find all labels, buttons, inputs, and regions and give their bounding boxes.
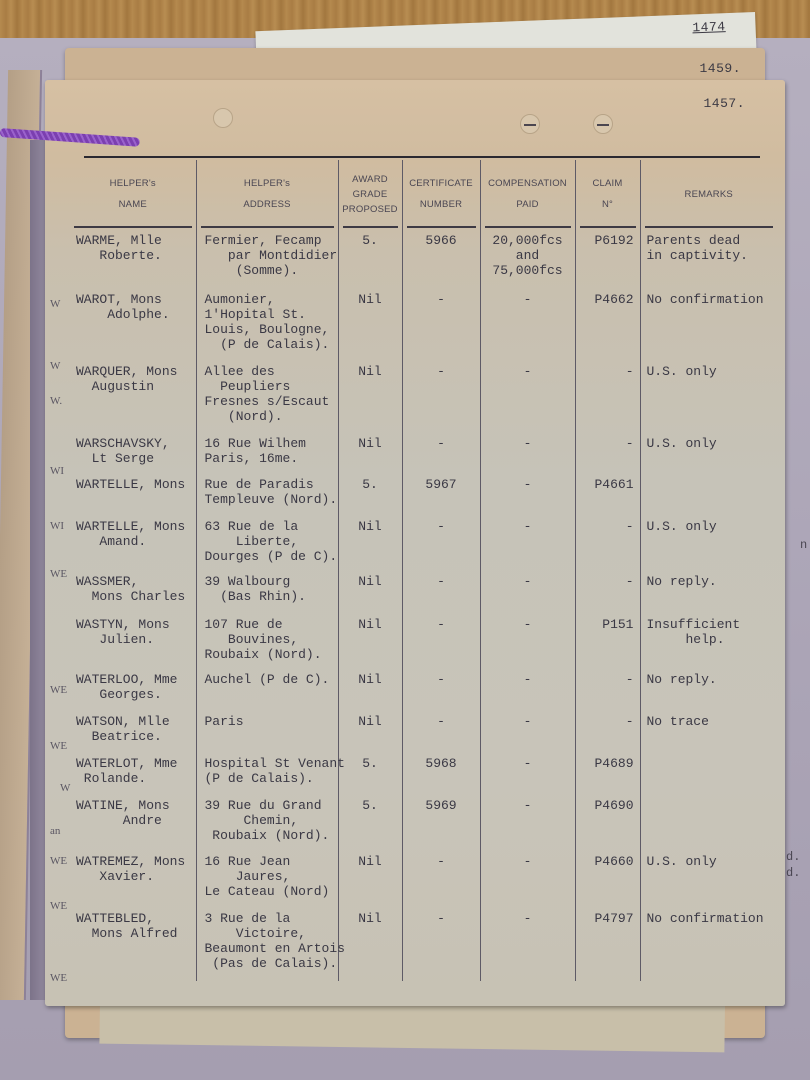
remarks-cell: Parents dead in captivity. [640, 228, 777, 287]
edge-fragment: d. [786, 866, 800, 880]
table-row: WATSON, Mlle Beatrice.ParisNil---No trac… [70, 709, 777, 751]
helper-name-cell: WATREMEZ, Mons Xavier. [70, 849, 196, 906]
certificate-number-cell: - [402, 612, 480, 667]
helper-address-cell: Paris [196, 709, 338, 751]
helper-name-cell: WASSMER, Mons Charles [70, 569, 196, 612]
award-grade-cell: Nil [338, 359, 402, 431]
margin-note: W [50, 298, 60, 310]
claim-number-cell: P4662 [575, 287, 640, 359]
table-row: WARSCHAVSKY, Lt Serge16 Rue Wilhem Paris… [70, 431, 777, 472]
table-row: WATTEBLED, Mons Alfred3 Rue de la Victoi… [70, 906, 777, 981]
helper-address-cell: Fermier, Fecamp par Montdidier (Somme). [196, 228, 338, 287]
table-row: WARME, Mlle Roberte.Fermier, Fecamp par … [70, 228, 777, 287]
claim-number-cell: - [575, 709, 640, 751]
award-grade-cell: 5. [338, 793, 402, 849]
compensation-cell: - [480, 906, 575, 981]
helper-name-cell: WARTELLE, Mons Amand. [70, 514, 196, 569]
margin-note: WI [50, 520, 64, 532]
compensation-cell: - [480, 793, 575, 849]
award-grade-cell: Nil [338, 612, 402, 667]
margin-note: WE [50, 972, 67, 984]
remarks-cell [640, 472, 777, 514]
table-row: WATERLOO, Mme Georges.Auchel (P de C).Ni… [70, 667, 777, 709]
helper-address-cell: Aumonier, 1'Hopital St. Louis, Boulogne,… [196, 287, 338, 359]
certificate-number-cell: 5968 [402, 751, 480, 793]
margin-note: WE [50, 568, 67, 580]
punch-hole [213, 108, 233, 128]
header-helper-address: HELPER'sADDRESS [196, 160, 338, 228]
remarks-cell: U.S. only [640, 849, 777, 906]
certificate-number-cell: - [402, 569, 480, 612]
award-grade-cell: Nil [338, 431, 402, 472]
claim-number-cell: P4661 [575, 472, 640, 514]
compensation-cell: - [480, 287, 575, 359]
award-grade-cell: 5. [338, 751, 402, 793]
remarks-cell: U.S. only [640, 514, 777, 569]
compensation-cell: - [480, 359, 575, 431]
header-award-grade: AWARDGRADEPROPOSED [338, 160, 402, 228]
certificate-number-cell: - [402, 906, 480, 981]
helpers-table: HELPER'sNAME HELPER'sADDRESS AWARDGRADEP… [70, 160, 777, 981]
remarks-cell: U.S. only [640, 359, 777, 431]
certificate-number-cell: - [402, 359, 480, 431]
certificate-number-cell: - [402, 287, 480, 359]
margin-note: WE [50, 740, 67, 752]
page-number-back: 1474 [692, 19, 726, 35]
helper-address-cell: Auchel (P de C). [196, 667, 338, 709]
claim-number-cell: - [575, 359, 640, 431]
helper-name-cell: WATERLOT, Mme Rolande. [70, 751, 196, 793]
header-rule [84, 156, 760, 158]
remarks-cell: No confirmation [640, 287, 777, 359]
table-row: WATERLOT, Mme Rolande.Hospital St Venant… [70, 751, 777, 793]
helper-address-cell: 16 Rue Wilhem Paris, 16me. [196, 431, 338, 472]
award-grade-cell: Nil [338, 667, 402, 709]
compensation-cell: - [480, 709, 575, 751]
remarks-cell: No confirmation [640, 906, 777, 981]
table-row: WASSMER, Mons Charles39 Walbourg (Bas Rh… [70, 569, 777, 612]
margin-note: an [50, 825, 60, 837]
compensation-cell: - [480, 849, 575, 906]
table-row: WARTELLE, MonsRue de Paradis Templeuve (… [70, 472, 777, 514]
margin-note: WE [50, 900, 67, 912]
helper-name-cell: WATERLOO, Mme Georges. [70, 667, 196, 709]
claim-number-cell: - [575, 569, 640, 612]
certificate-number-cell: - [402, 849, 480, 906]
table-row: WARQUER, Mons AugustinAllee des Peuplier… [70, 359, 777, 431]
header-claim-no: CLAIMN° [575, 160, 640, 228]
certificate-number-cell: - [402, 667, 480, 709]
compensation-cell: - [480, 514, 575, 569]
certificate-number-cell: - [402, 431, 480, 472]
compensation-cell: - [480, 667, 575, 709]
helper-name-cell: WARTELLE, Mons [70, 472, 196, 514]
page-number-front: 1457. [703, 96, 745, 111]
award-grade-cell: Nil [338, 569, 402, 612]
claim-number-cell: P4660 [575, 849, 640, 906]
claim-number-cell: - [575, 431, 640, 472]
remarks-cell: No reply. [640, 569, 777, 612]
helper-name-cell: WATSON, Mlle Beatrice. [70, 709, 196, 751]
helper-address-cell: 16 Rue Jean Jaures, Le Cateau (Nord) [196, 849, 338, 906]
helper-address-cell: 63 Rue de la Liberte, Dourges (P de C). [196, 514, 338, 569]
award-grade-cell: 5. [338, 228, 402, 287]
margin-note: WE [50, 855, 67, 867]
award-grade-cell: Nil [338, 849, 402, 906]
table-row: WASTYN, Mons Julien.107 Rue de Bouvines,… [70, 612, 777, 667]
helper-address-cell: 39 Rue du Grand Chemin, Roubaix (Nord). [196, 793, 338, 849]
remarks-cell [640, 793, 777, 849]
compensation-cell: - [480, 751, 575, 793]
certificate-number-cell: - [402, 709, 480, 751]
header-remarks: REMARKS [640, 160, 777, 228]
compensation-cell: - [480, 472, 575, 514]
punch-hole [593, 114, 613, 134]
compensation-cell: 20,000fcs and 75,000fcs [480, 228, 575, 287]
compensation-cell: - [480, 431, 575, 472]
margin-note: WE [50, 684, 67, 696]
award-grade-cell: Nil [338, 709, 402, 751]
helper-address-cell: Allee des Peupliers Fresnes s/Escaut (No… [196, 359, 338, 431]
helper-name-cell: WATTEBLED, Mons Alfred [70, 906, 196, 981]
helper-address-cell: Rue de Paradis Templeuve (Nord). [196, 472, 338, 514]
certificate-number-cell: 5967 [402, 472, 480, 514]
award-grade-cell: 5. [338, 472, 402, 514]
margin-note: WI [50, 465, 64, 477]
header-helper-name: HELPER'sNAME [70, 160, 196, 228]
helper-address-cell: 3 Rue de la Victoire, Beaumont en Artois… [196, 906, 338, 981]
remarks-cell: No reply. [640, 667, 777, 709]
claim-number-cell: P4690 [575, 793, 640, 849]
table-row: WATINE, Mons Andre39 Rue du Grand Chemin… [70, 793, 777, 849]
page-number-middle: 1459. [699, 61, 741, 76]
remarks-cell [640, 751, 777, 793]
table-row: WAROT, Mons Adolphe.Aumonier, 1'Hopital … [70, 287, 777, 359]
helper-address-cell: 107 Rue de Bouvines, Roubaix (Nord). [196, 612, 338, 667]
helper-name-cell: WAROT, Mons Adolphe. [70, 287, 196, 359]
compensation-cell: - [480, 569, 575, 612]
helper-name-cell: WARQUER, Mons Augustin [70, 359, 196, 431]
margin-note: W. [50, 395, 62, 407]
helper-name-cell: WATINE, Mons Andre [70, 793, 196, 849]
certificate-number-cell: 5969 [402, 793, 480, 849]
edge-fragment: n [800, 538, 807, 552]
header-compensation-paid: COMPENSATIONPAID [480, 160, 575, 228]
claim-number-cell: - [575, 667, 640, 709]
margin-note: W [60, 782, 70, 794]
helper-address-cell: 39 Walbourg (Bas Rhin). [196, 569, 338, 612]
claim-number-cell: P6192 [575, 228, 640, 287]
award-grade-cell: Nil [338, 287, 402, 359]
table-row: WATREMEZ, Mons Xavier.16 Rue Jean Jaures… [70, 849, 777, 906]
punch-hole [520, 114, 540, 134]
certificate-number-cell: 5966 [402, 228, 480, 287]
header-certificate-number: CERTIFICATENUMBER [402, 160, 480, 228]
remarks-cell: U.S. only [640, 431, 777, 472]
helper-name-cell: WARME, Mlle Roberte. [70, 228, 196, 287]
certificate-number-cell: - [402, 514, 480, 569]
helper-name-cell: WASTYN, Mons Julien. [70, 612, 196, 667]
remarks-cell: No trace [640, 709, 777, 751]
claim-number-cell: - [575, 514, 640, 569]
compensation-cell: - [480, 612, 575, 667]
remarks-cell: Insufficient help. [640, 612, 777, 667]
award-grade-cell: Nil [338, 906, 402, 981]
edge-fragment: d. [786, 850, 800, 864]
helper-name-cell: WARSCHAVSKY, Lt Serge [70, 431, 196, 472]
claim-number-cell: P151 [575, 612, 640, 667]
table-header-row: HELPER'sNAME HELPER'sADDRESS AWARDGRADEP… [70, 160, 777, 228]
margin-note: W [50, 360, 60, 372]
helper-address-cell: Hospital St Venant (P de Calais). [196, 751, 338, 793]
table-row: WARTELLE, Mons Amand.63 Rue de la Libert… [70, 514, 777, 569]
claim-number-cell: P4689 [575, 751, 640, 793]
claim-number-cell: P4797 [575, 906, 640, 981]
award-grade-cell: Nil [338, 514, 402, 569]
